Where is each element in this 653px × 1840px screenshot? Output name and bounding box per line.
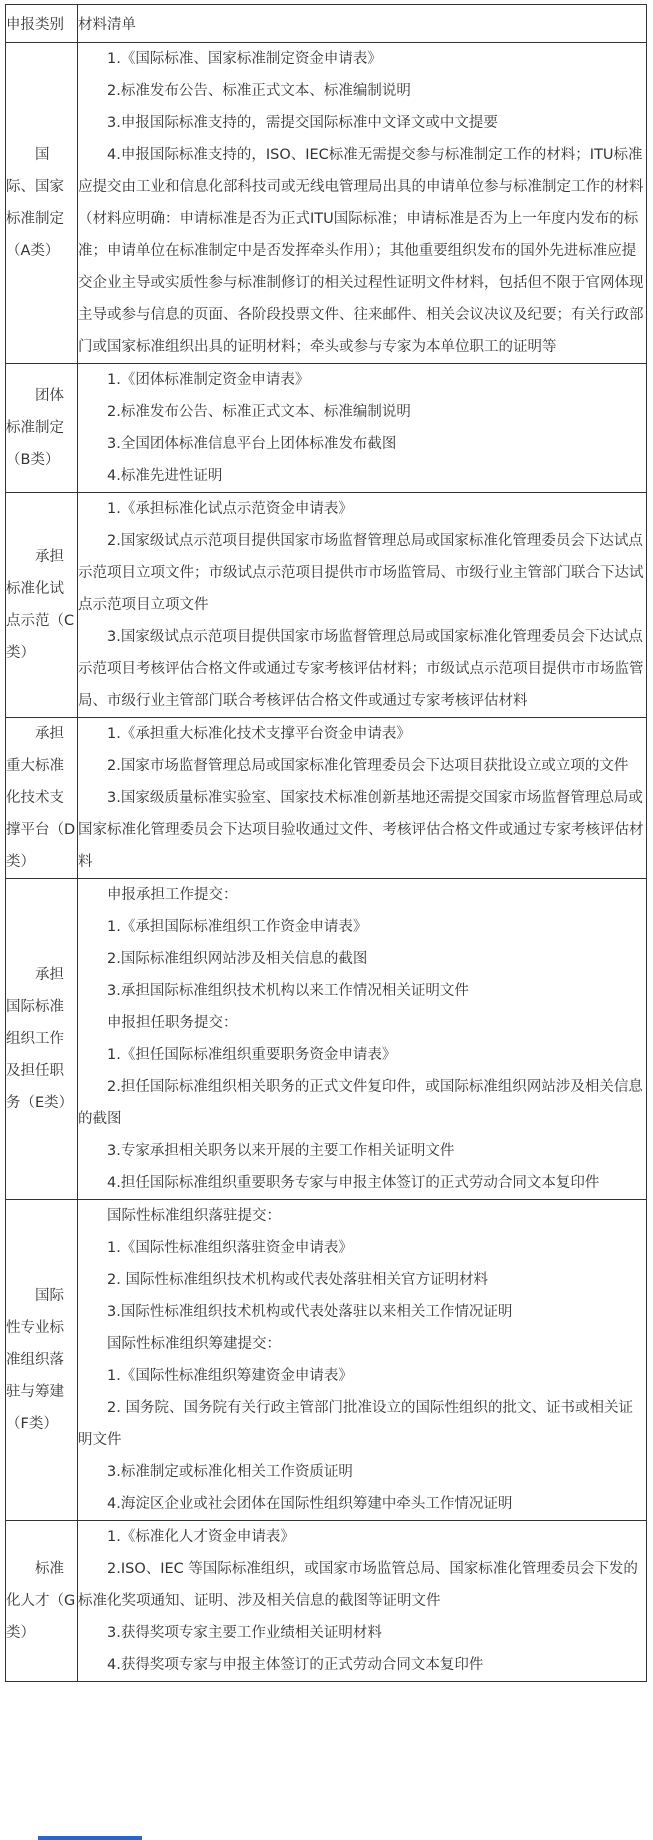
materials-cell: 1.《国际标准、国家标准制定资金申请表》 2.标准发布公告、标准正式文本、标准编… (78, 43, 647, 364)
list-item: 申报担任职务提交： (78, 1007, 646, 1039)
table-row: 承担标准化试点示范（C类） 1.《承担标准化试点示范资金申请表》 2.国家级试点… (6, 493, 647, 718)
list-item: 2. 国际性标准组织技术机构或代表处落驻相关官方证明材料 (78, 1264, 646, 1296)
list-item: 3.国家级质量标准实验室、国家技术标准创新基地还需提交国家市场监督管理总局或国家… (78, 782, 646, 878)
list-item: 1.《标准化人才资金申请表》 (78, 1521, 646, 1553)
list-item: 2.国家市场监督管理总局或国家标准化管理委员会下达项目获批设立或立项的文件 (78, 750, 646, 782)
list-item: 1.《承担重大标准化技术支撑平台资金申请表》 (78, 718, 646, 750)
list-item: 3.专家承担相关职务以来开展的主要工作相关证明文件 (78, 1135, 646, 1167)
list-item: 3.获得奖项专家主要工作业绩相关证明材料 (78, 1617, 646, 1649)
list-item: 4.申报国际标准支持的，ISO、IEC标准无需提交参与标准制定工作的材料；ITU… (78, 139, 646, 363)
list-item: 1.《国际标准、国家标准制定资金申请表》 (78, 43, 646, 75)
list-item: 1.《国际性标准组织落驻资金申请表》 (78, 1232, 646, 1264)
list-item: 2.标准发布公告、标准正式文本、标准编制说明 (78, 396, 646, 428)
category-cell: 承担重大标准化技术支撑平台（D类） (6, 718, 78, 879)
materials-cell: 国际性标准组织落驻提交： 1.《国际性标准组织落驻资金申请表》 2. 国际性标准… (78, 1200, 647, 1521)
category-cell: 团体标准制定（B类） (6, 364, 78, 493)
list-item: 4.海淀区企业或社会团体在国际性组织筹建中牵头工作情况证明 (78, 1488, 646, 1520)
list-item: 4.标准先进性证明 (78, 460, 646, 492)
list-item: 国际性标准组织筹建提交： (78, 1328, 646, 1360)
header-materials: 材料清单 (78, 5, 647, 43)
materials-cell: 1.《团体标准制定资金申请表》 2.标准发布公告、标准正式文本、标准编制说明 3… (78, 364, 647, 493)
list-item: 2.担任国际标准组织相关职务的正式文件复印件，或国际标准组织网站涉及相关信息的截… (78, 1071, 646, 1135)
list-item: 1.《承担标准化试点示范资金申请表》 (78, 493, 646, 525)
list-item: 1.《担任国际标准组织重要职务资金申请表》 (78, 1039, 646, 1071)
table-header-row: 申报类别 材料清单 (6, 5, 647, 43)
materials-cell: 1.《承担标准化试点示范资金申请表》 2.国家级试点示范项目提供国家市场监督管理… (78, 493, 647, 718)
list-item: 1.《承担国际标准组织工作资金申请表》 (78, 911, 646, 943)
list-item: 3.国际性标准组织技术机构或代表处落驻以来相关工作情况证明 (78, 1296, 646, 1328)
list-item: 4.获得奖项专家与申报主体签订的正式劳动合同文本复印件 (78, 1649, 646, 1681)
list-item: 1.《团体标准制定资金申请表》 (78, 364, 646, 396)
list-item: 3.标准制定或标准化相关工作资质证明 (78, 1456, 646, 1488)
materials-table: 申报类别 材料清单 国际、国家标准制定（A类） 1.《国际标准、国家标准制定资金… (5, 4, 647, 1682)
list-item: 3.国家级试点示范项目提供国家市场监督管理总局或国家标准化管理委员会下达试点示范… (78, 621, 646, 717)
table-row: 承担国际标准组织工作及担任职务（E类） 申报承担工作提交： 1.《承担国际标准组… (6, 879, 647, 1200)
category-cell: 国际性专业标准组织落驻与筹建（F类） (6, 1200, 78, 1521)
category-cell: 标准化人才（G类） (6, 1521, 78, 1682)
header-category: 申报类别 (6, 5, 78, 43)
materials-cell: 1.《承担重大标准化技术支撑平台资金申请表》 2.国家市场监督管理总局或国家标准… (78, 718, 647, 879)
list-item: 2.ISO、IEC 等国际标准组织，或国家市场监管总局、国家标准化管理委员会下发… (78, 1553, 646, 1617)
list-item: 3.全国团体标准信息平台上团体标准发布截图 (78, 428, 646, 460)
list-item: 2.国家级试点示范项目提供国家市场监督管理总局或国家标准化管理委员会下达试点示范… (78, 525, 646, 621)
category-cell: 承担国际标准组织工作及担任职务（E类） (6, 879, 78, 1200)
list-item: 1.《国际性标准组织筹建资金申请表》 (78, 1360, 646, 1392)
list-item: 3.申报国际标准支持的，需提交国际标准中文译文或中文提要 (78, 107, 646, 139)
category-cell: 国际、国家标准制定（A类） (6, 43, 78, 364)
list-item: 2. 国务院、国务院有关行政主管部门批准设立的国际性组织的批文、证书或相关证明文… (78, 1392, 646, 1456)
list-item: 2.标准发布公告、标准正式文本、标准编制说明 (78, 75, 646, 107)
list-item: 国际性标准组织落驻提交： (78, 1200, 646, 1232)
table-row: 标准化人才（G类） 1.《标准化人才资金申请表》 2.ISO、IEC 等国际标准… (6, 1521, 647, 1682)
accent-bar (38, 1836, 142, 1840)
category-cell: 承担标准化试点示范（C类） (6, 493, 78, 718)
table-row: 团体标准制定（B类） 1.《团体标准制定资金申请表》 2.标准发布公告、标准正式… (6, 364, 647, 493)
materials-cell: 申报承担工作提交： 1.《承担国际标准组织工作资金申请表》 2.国际标准组织网站… (78, 879, 647, 1200)
table-row: 国际性专业标准组织落驻与筹建（F类） 国际性标准组织落驻提交： 1.《国际性标准… (6, 1200, 647, 1521)
list-item: 4.担任国际标准组织重要职务专家与申报主体签订的正式劳动合同文本复印件 (78, 1167, 646, 1199)
list-item: 申报承担工作提交： (78, 879, 646, 911)
list-item: 2.国际标准组织网站涉及相关信息的截图 (78, 943, 646, 975)
list-item: 3.承担国际标准组织技术机构以来工作情况相关证明文件 (78, 975, 646, 1007)
table-row: 承担重大标准化技术支撑平台（D类） 1.《承担重大标准化技术支撑平台资金申请表》… (6, 718, 647, 879)
table-row: 国际、国家标准制定（A类） 1.《国际标准、国家标准制定资金申请表》 2.标准发… (6, 43, 647, 364)
materials-cell: 1.《标准化人才资金申请表》 2.ISO、IEC 等国际标准组织，或国家市场监管… (78, 1521, 647, 1682)
